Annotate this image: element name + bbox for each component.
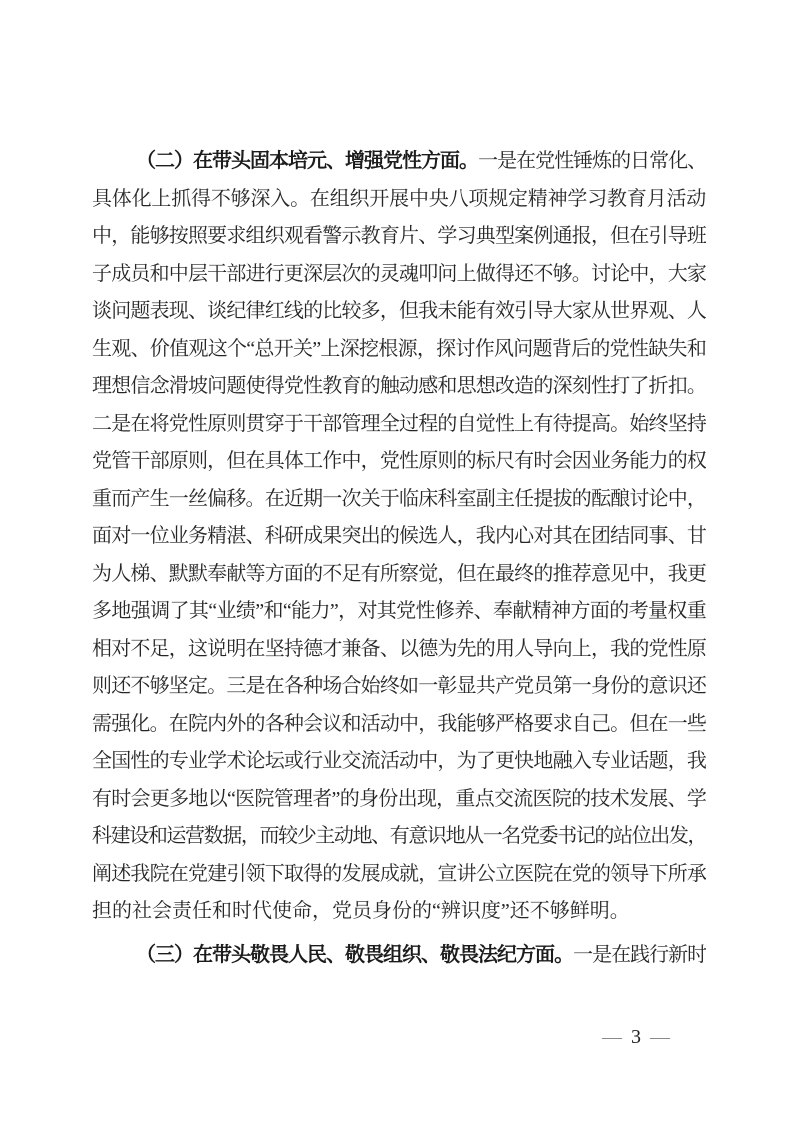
text-line: 科建设和运营数据，而较少主动地、有意识地从一名党委书记的站位出发，	[92, 818, 706, 856]
text-line: 相对不足，这说明在坚持德才兼备、以德为先的用人导向上，我的党性原	[92, 631, 706, 669]
page-number: — 3 —	[566, 1024, 706, 1050]
text-line: 需强化。在院内外的各种会议和活动中，我能够严格要求自己。但在一些	[92, 706, 706, 744]
page-number-dash-left: —	[602, 1024, 622, 1050]
text-line: 二是在将党性原则贯穿于干部管理全过程的自觉性上有待提高。始终坚持	[92, 406, 706, 444]
text-line: 为人梯、默默奉献等方面的不足有所察觉，但在最终的推荐意见中，我更	[92, 556, 706, 594]
text-line: 全国性的专业学术论坛或行业交流活动中，为了更快地融入专业话题，我	[92, 743, 706, 781]
text-line: 重而产生一丝偏移。在近期一次关于临床科室副主任提拔的酝酿讨论中，	[92, 481, 706, 519]
text-line: 阐述我院在党建引领下取得的发展成就，宣讲公立医院在党的领导下所承	[92, 856, 706, 894]
paragraph-section-2: （二）在带头固本培元、增强党性方面。一是在党性锤炼的日常化、具体化上抓得不够深入…	[92, 143, 706, 931]
text-line: 面对一位业务精湛、科研成果突出的候选人，我内心对其在团结同事、甘	[92, 518, 706, 556]
text-line: 党管干部原则，但在具体工作中，党性原则的标尺有时会因业务能力的权	[92, 443, 706, 481]
text-line: 生观、价值观这个“总开关”上深挖根源，探讨作风问题背后的党性缺失和	[92, 331, 706, 369]
text-line: 中，能够按照要求组织观看警示教育片、学习典型案例通报，但在引导班	[92, 218, 706, 256]
page-number-dash-right: —	[650, 1024, 670, 1050]
text-line: 多地强调了其“业绩”和“能力”，对其党性修养、奉献精神方面的考量权重	[92, 593, 706, 631]
text-line: （二）在带头固本培元、增强党性方面。一是在党性锤炼的日常化、	[92, 143, 706, 181]
document-body: （二）在带头固本培元、增强党性方面。一是在党性锤炼的日常化、具体化上抓得不够深入…	[92, 143, 706, 974]
text-line: 谈问题表现、谈纪律红线的比较多，但我未能有效引导大家从世界观、人	[92, 293, 706, 331]
text-line: 则还不够坚定。三是在各种场合始终如一彰显共产党员第一身份的意识还	[92, 668, 706, 706]
section-heading: （三）在带头敬畏人民、敬畏组织、敬畏法纪方面。	[136, 944, 573, 966]
text-line: 理想信念滑坡问题使得党性教育的触动感和思想改造的深刻性打了折扣。	[92, 368, 706, 406]
text-line: 具体化上抓得不够深入。在组织开展中央八项规定精神学习教育月活动	[92, 181, 706, 219]
text-line: 有时会更多地以“医院管理者”的身份出现，重点交流医院的技术发展、学	[92, 781, 706, 819]
text-line: 子成员和中层干部进行更深层次的灵魂叩问上做得还不够。讨论中，大家	[92, 256, 706, 294]
text-line: 担的社会责任和时代使命，党员身份的“辨识度”还不够鲜明。	[92, 893, 706, 931]
paragraph-section-3: （三）在带头敬畏人民、敬畏组织、敬畏法纪方面。一是在践行新时	[92, 937, 706, 975]
document-page: （二）在带头固本培元、增强党性方面。一是在党性锤炼的日常化、具体化上抓得不够深入…	[0, 0, 793, 1122]
page-number-value: 3	[631, 1024, 641, 1050]
section-heading: （二）在带头固本培元、增强党性方面。	[136, 150, 478, 172]
text-line: （三）在带头敬畏人民、敬畏组织、敬畏法纪方面。一是在践行新时	[92, 937, 706, 975]
